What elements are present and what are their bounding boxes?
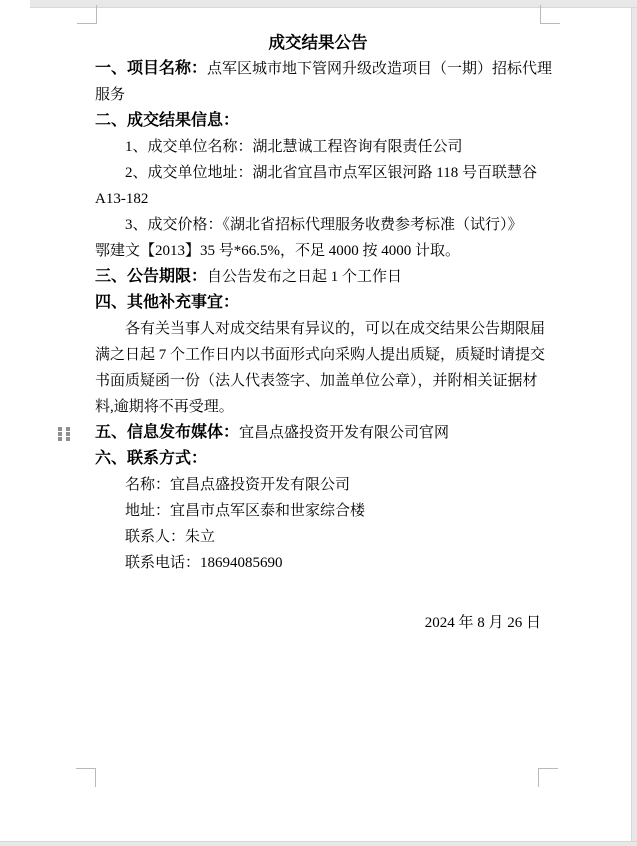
text-boundary-mark-top-right <box>540 5 560 24</box>
document-line: 1、成交单位名称：湖北慧诚工程咨询有限责任公司 <box>95 134 541 160</box>
line-body-text: 联系电话：18694085690 <box>125 555 283 571</box>
line-body-text: 料,逾期将不再受理。 <box>95 399 234 415</box>
document-line: 鄂建文【2013】35 号*66.5%，不足 4000 按 4000 计取。 <box>95 238 541 264</box>
document-line: 3、成交价格：《湖北省招标代理服务收费参考标准（试行）》 <box>95 212 541 238</box>
drag-handle-dot <box>58 427 62 431</box>
document-line: 满之日起 7 个工作日内以书面形式向采购人提出质疑，质疑时请提交 <box>95 342 541 368</box>
page-edge-right <box>631 8 637 846</box>
document-line: A13-182 <box>95 186 541 212</box>
document-line: 六、联系方式： <box>95 446 541 472</box>
line-body-text: 地址：宜昌市点军区泰和世家综合楼 <box>125 503 365 519</box>
line-body-text: 3、成交价格：《湖北省招标代理服务收费参考标准（试行）》 <box>125 217 523 233</box>
document-body: 一、项目名称：点军区城市地下管网升级改造项目（一期）招标代理服务二、成交结果信息… <box>95 56 541 576</box>
line-body-text: 各有关当事人对成交结果有异议的，可以在成交结果公告期限届 <box>125 321 545 337</box>
line-heading-text: 五、信息发布媒体： <box>95 424 239 441</box>
drag-handle-dot <box>66 432 70 436</box>
document-content[interactable]: 成交结果公告 一、项目名称：点军区城市地下管网升级改造项目（一期）招标代理服务二… <box>95 30 541 636</box>
document-line: 书面质疑函一份（法人代表签字、加盖单位公章），并附相关证据材 <box>95 368 541 394</box>
line-body-text: A13-182 <box>95 191 148 207</box>
drag-handle-dot <box>66 437 70 441</box>
document-line: 联系人：朱立 <box>95 524 541 550</box>
drag-handle-dot <box>58 437 62 441</box>
text-boundary-mark-bottom-left <box>76 768 96 787</box>
text-boundary-mark-bottom-right <box>538 768 558 787</box>
document-line: 联系电话：18694085690 <box>95 550 541 576</box>
line-body-text: 联系人：朱立 <box>125 529 215 545</box>
drag-handle-icon[interactable] <box>58 427 70 441</box>
document-line: 服务 <box>95 82 541 108</box>
line-heading-text: 六、联系方式： <box>95 450 207 467</box>
line-body-text: 2、成交单位地址：湖北省宜昌市点军区银河路 118 号百联慧谷 <box>125 165 537 181</box>
line-body-text: 1、成交单位名称：湖北慧诚工程咨询有限责任公司 <box>125 139 463 155</box>
line-body-text: 书面质疑函一份（法人代表签字、加盖单位公章），并附相关证据材 <box>95 373 538 389</box>
document-line: 料,逾期将不再受理。 <box>95 394 541 420</box>
line-body-text: 自公告发布之日起 1 个工作日 <box>207 269 402 285</box>
document-line: 二、成交结果信息： <box>95 108 541 134</box>
line-heading-text: 二、成交结果信息： <box>95 112 239 129</box>
line-body-text: 鄂建文【2013】35 号*66.5%，不足 4000 按 4000 计取。 <box>95 243 460 259</box>
line-heading-text: 四、其他补充事宜： <box>95 294 239 311</box>
document-line: 地址：宜昌市点军区泰和世家综合楼 <box>95 498 541 524</box>
document-line: 五、信息发布媒体：宜昌点盛投资开发有限公司官网 <box>95 420 541 446</box>
document-line: 三、公告期限：自公告发布之日起 1 个工作日 <box>95 264 541 290</box>
line-body-text: 名称：宜昌点盛投资开发有限公司 <box>125 477 350 493</box>
document-date: 2024 年 8 月 26 日 <box>95 610 541 636</box>
document-line: 2、成交单位地址：湖北省宜昌市点军区银河路 118 号百联慧谷 <box>95 160 541 186</box>
document-line: 各有关当事人对成交结果有异议的，可以在成交结果公告期限届 <box>95 316 541 342</box>
document-line: 四、其他补充事宜： <box>95 290 541 316</box>
line-heading-text: 一、项目名称： <box>95 60 207 77</box>
drag-handle-dot <box>66 427 70 431</box>
line-body-text: 满之日起 7 个工作日内以书面形式向采购人提出质疑，质疑时请提交 <box>95 347 545 363</box>
line-body-text: 宜昌点盛投资开发有限公司官网 <box>239 425 449 441</box>
document-title: 成交结果公告 <box>95 30 541 56</box>
line-heading-text: 三、公告期限： <box>95 268 207 285</box>
document-line: 一、项目名称：点军区城市地下管网升级改造项目（一期）招标代理 <box>95 56 541 82</box>
document-window: 成交结果公告 一、项目名称：点军区城市地下管网升级改造项目（一期）招标代理服务二… <box>0 0 637 846</box>
document-line: 名称：宜昌点盛投资开发有限公司 <box>95 472 541 498</box>
text-boundary-mark-top-left <box>77 5 97 24</box>
line-body-text: 点军区城市地下管网升级改造项目（一期）招标代理 <box>207 61 552 77</box>
drag-handle-dot <box>58 432 62 436</box>
page-edge-bottom <box>0 841 637 846</box>
line-body-text: 服务 <box>95 87 125 103</box>
